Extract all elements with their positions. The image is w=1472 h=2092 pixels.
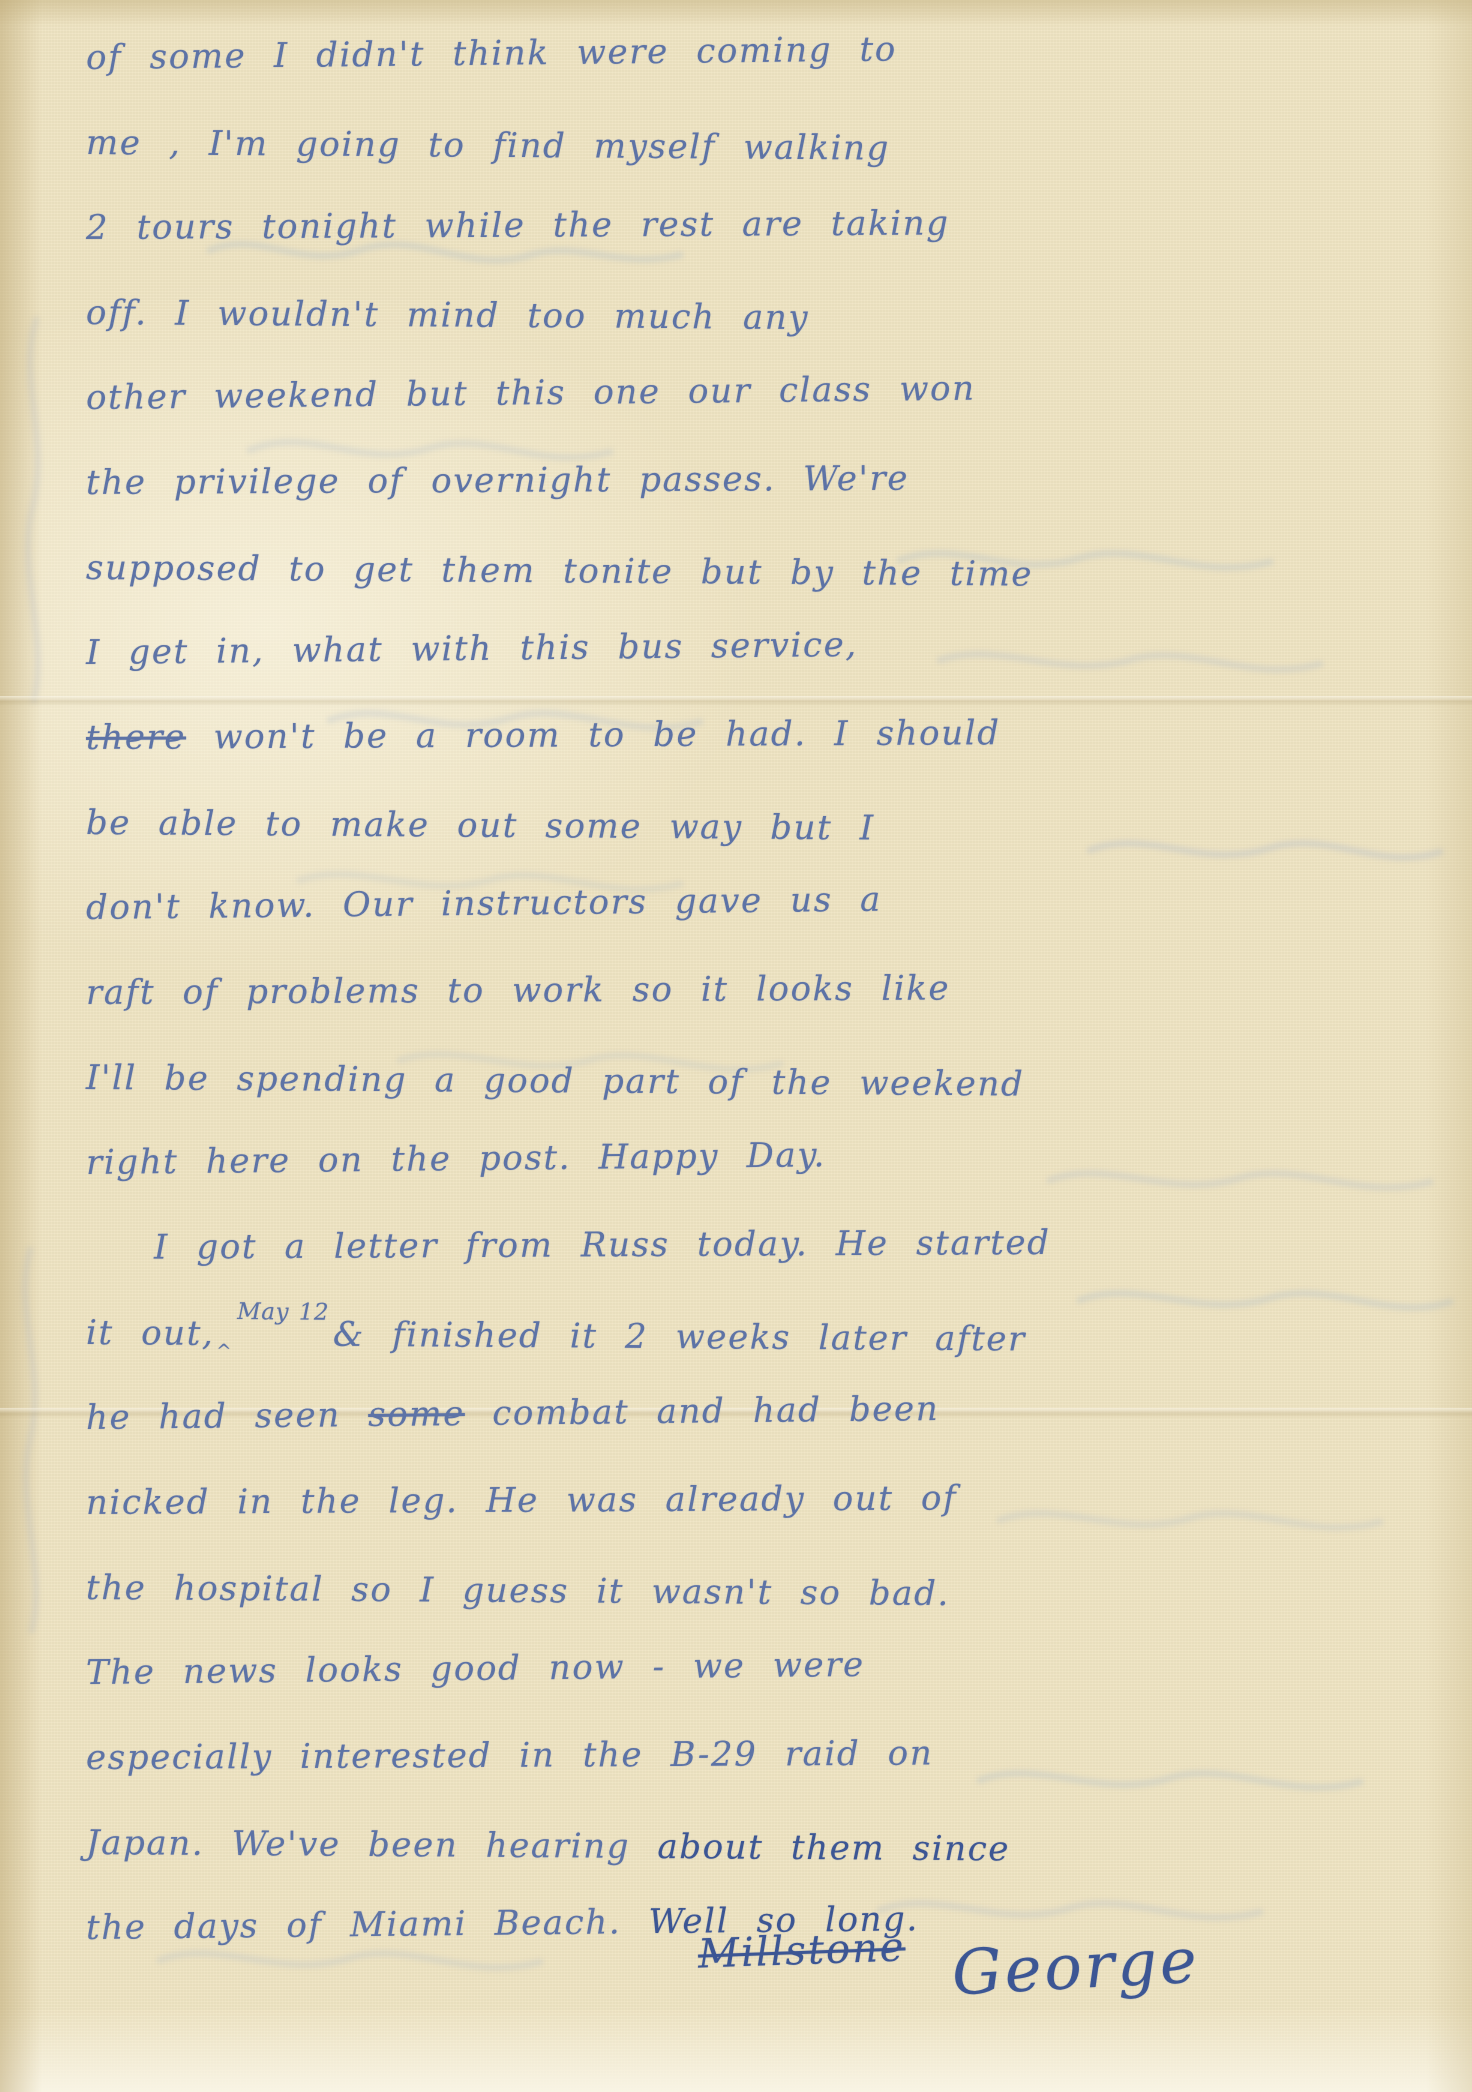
letter-line: he had seen some combat and had been: [86, 1362, 1407, 1461]
letter-line: of some I didn't think were coming to: [86, 2, 1407, 101]
letter-line: I get in, what with this bus service,: [86, 597, 1407, 696]
letter-line-text: he had seen: [86, 1395, 369, 1438]
letter-line: especially interested in the B-29 raid o…: [86, 1709, 1406, 1801]
signature-name: George: [950, 1924, 1201, 2010]
strikethrough-word: there: [86, 717, 186, 758]
letter-line-text: it out,: [86, 1313, 215, 1354]
letter-line-text: & finished it 2 weeks later after: [333, 1315, 1026, 1360]
letter-line: The news looks good now - we were: [86, 1617, 1407, 1716]
letter-line: other weekend but this one our class won: [86, 342, 1407, 441]
letter-line-text: won't be a room to be had. I should: [186, 713, 1001, 757]
letter-line: raft of problems to work so it looks lik…: [86, 944, 1406, 1036]
inserted-date: May 12: [237, 1270, 329, 1356]
letter-line-text: the days of Miami Beach.: [86, 1902, 649, 1948]
letter-line-text-dark: about them since: [657, 1827, 1010, 1869]
letter-line-text: Japan. We've been hearing: [86, 1823, 658, 1867]
signature-closing: Millstone: [697, 1924, 906, 1977]
letter-body: of some I didn't think were coming to me…: [86, 16, 1406, 1971]
letter-line: the privilege of overnight passes. We're: [86, 434, 1406, 526]
strikethrough-word: some: [368, 1394, 465, 1435]
letter-line: don't know. Our instructors gave us a: [86, 852, 1407, 951]
letter-page: of some I didn't think were coming to me…: [0, 0, 1472, 2092]
letter-line: right here on the post. Happy Day.: [86, 1107, 1407, 1206]
letter-line-text: combat and had been: [465, 1389, 940, 1434]
letter-line: nicked in the leg. He was already out of: [86, 1454, 1406, 1546]
letter-line: 2 tours tonight while the rest are takin…: [86, 179, 1406, 271]
letter-line: there won't be a room to be had. I shoul…: [86, 689, 1406, 781]
